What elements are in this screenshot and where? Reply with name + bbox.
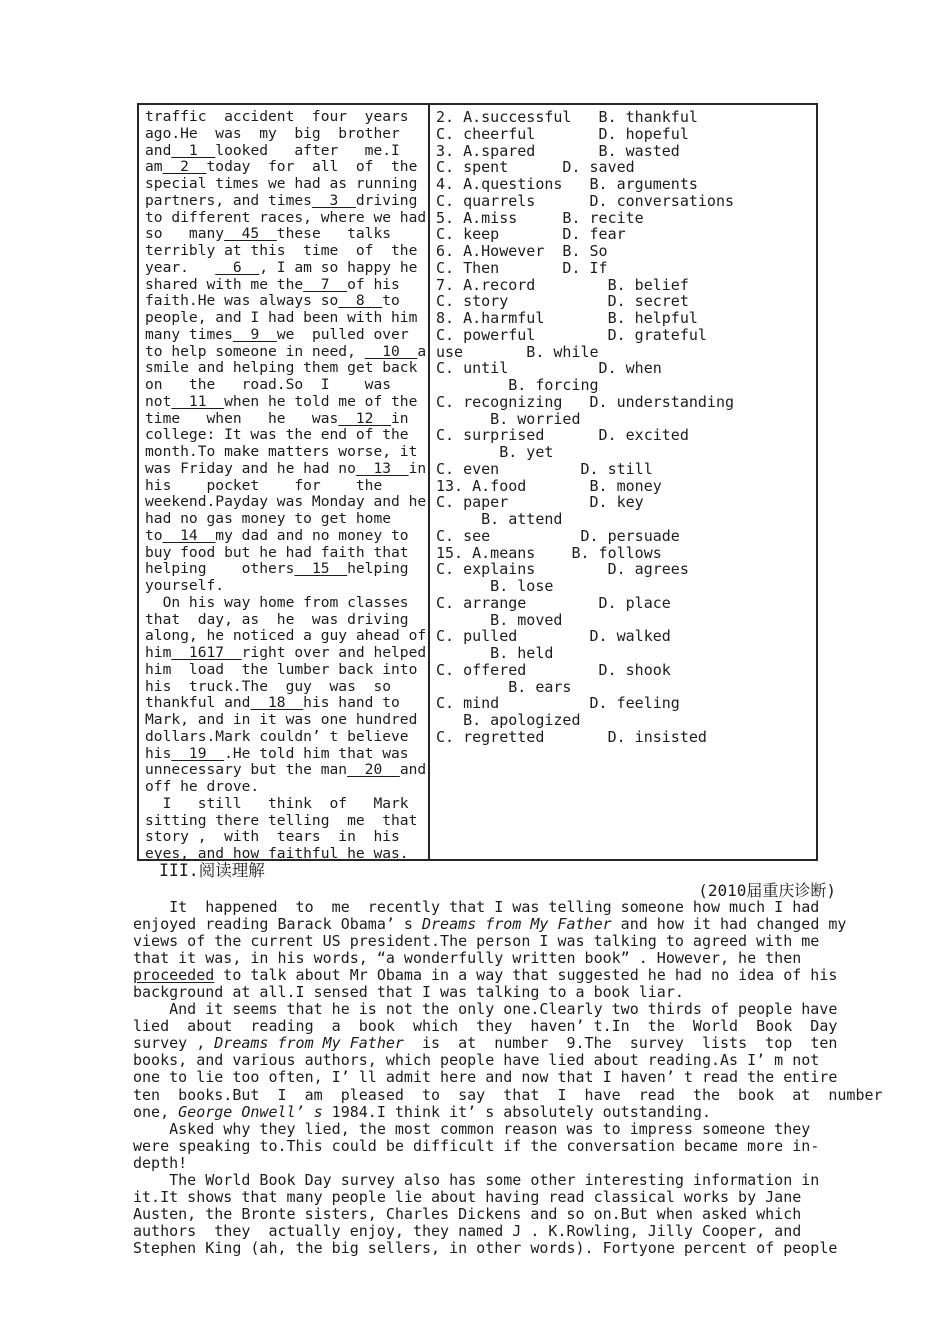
text-segment: survey , xyxy=(133,1034,214,1052)
text-segment: And it seems that he is not the only one… xyxy=(133,1000,837,1018)
text-line: 2. A.successful B. thankful xyxy=(436,109,816,126)
text-line: traffic accident four years xyxy=(145,109,427,126)
text-line: faith.He was always so 8 to xyxy=(145,293,427,310)
text-segment: Austen, the Bronte sisters, Charles Dick… xyxy=(133,1205,801,1223)
text-line: B. attend xyxy=(436,511,816,528)
underlined-word: proceeded xyxy=(133,966,214,984)
text-line: his 19 .He told him that was xyxy=(145,746,427,763)
text-line: 3. A.spared B. wasted xyxy=(436,143,816,160)
text-line: It happened to me recently that I was te… xyxy=(133,899,845,916)
text-line: to different races, where we had xyxy=(145,210,427,227)
text-line: B. forcing xyxy=(436,377,816,394)
text-line: buy food but he had faith that xyxy=(145,545,427,562)
cloze-blank: 45 xyxy=(224,225,277,242)
text-segment: views of the current US president.The pe… xyxy=(133,932,819,950)
text-line: had no gas money to get home xyxy=(145,511,427,528)
text-line: special times we had as running xyxy=(145,176,427,193)
text-line: Stephen King (ah, the big sellers, in ot… xyxy=(133,1240,845,1257)
text-line: am 2 today for all of the xyxy=(145,159,427,176)
cloze-blank: 14 xyxy=(163,527,216,544)
reading-passage: It happened to me recently that I was te… xyxy=(133,899,845,1257)
text-line: 8. A.harmful B. helpful xyxy=(436,310,816,327)
cloze-passage-cell: traffic accident four yearsago.He was my… xyxy=(139,105,430,859)
text-line: C. spent D. saved xyxy=(436,159,816,176)
text-segment: and how it had changed my xyxy=(612,915,847,933)
text-line: to 14 my dad and no money to xyxy=(145,528,427,545)
text-line: it.It shows that many people lie about h… xyxy=(133,1189,845,1206)
book-title-italic: George Onwell’ s xyxy=(178,1103,323,1121)
text-line: Austen, the Bronte sisters, Charles Dick… xyxy=(133,1206,845,1223)
text-line: unnecessary but the man 20 and xyxy=(145,762,427,779)
book-title-italic: Dreams from My Father xyxy=(214,1034,404,1052)
text-segment: It happened to me recently that I was te… xyxy=(133,898,819,916)
text-line: him load the lumber back into xyxy=(145,662,427,679)
text-line: helping others 15 helping xyxy=(145,561,427,578)
cloze-blank: 10 xyxy=(365,343,418,360)
cloze-blank: 19 xyxy=(171,745,224,762)
text-line: C. mind D. feeling xyxy=(436,695,816,712)
text-line: many times 9 we pulled over xyxy=(145,327,427,344)
text-line: B. ears xyxy=(436,679,816,696)
cloze-blank: 8 xyxy=(338,292,382,309)
text-segment: ten books.But I am pleased to say that I… xyxy=(133,1086,883,1104)
cloze-blank: 11 xyxy=(171,393,224,410)
text-line: one to lie too often, I’ ll admit here a… xyxy=(133,1069,845,1086)
cloze-blank: 12 xyxy=(338,410,391,427)
text-segment: books, and various authors, which people… xyxy=(133,1051,819,1069)
text-line: C. quarrels D. conversations xyxy=(436,193,816,210)
text-line: C. recognizing D. understanding xyxy=(436,394,816,411)
text-segment: that it was, in his words, “a wonderfull… xyxy=(133,949,801,967)
text-line: not 11 when he told me of the xyxy=(145,394,427,411)
text-line: along, he noticed a guy ahead of xyxy=(145,628,427,645)
text-line: to help someone in need, 10 a xyxy=(145,344,427,361)
text-line: C. explains D. agrees xyxy=(436,561,816,578)
text-segment: 1984.I think it’ s absolutely outstandin… xyxy=(323,1103,711,1121)
text-line: And it seems that he is not the only one… xyxy=(133,1001,845,1018)
text-line: C. story D. secret xyxy=(436,293,816,310)
text-line: C. paper D. key xyxy=(436,494,816,511)
text-line: eyes, and how faithful he was. xyxy=(145,846,427,859)
text-line: year. 6 , I am so happy he xyxy=(145,260,427,277)
text-segment: one to lie too often, I’ ll admit here a… xyxy=(133,1068,837,1086)
cloze-options-cell: 2. A.successful B. thankfulC. cheerful D… xyxy=(430,105,816,859)
text-line: month.To make matters worse, it xyxy=(145,444,427,461)
text-line: on the road.So I was xyxy=(145,377,427,394)
cloze-blank: 15 xyxy=(294,560,347,577)
text-line: off he drove. xyxy=(145,779,427,796)
text-segment: background at all.I sensed that I was ta… xyxy=(133,983,684,1001)
reading-section-heading: III.阅读理解 xyxy=(159,861,265,881)
text-line: were speaking to.This could be difficult… xyxy=(133,1138,845,1155)
text-line: lied about reading a book which they hav… xyxy=(133,1018,845,1035)
text-segment: is at number 9.The survey lists top ten xyxy=(404,1034,837,1052)
text-line: weekend.Payday was Monday and he xyxy=(145,494,427,511)
text-line: C. arrange D. place xyxy=(436,595,816,612)
cloze-blank: 13 xyxy=(356,460,409,477)
text-line: 4. A.questions B. arguments xyxy=(436,176,816,193)
text-segment: one, xyxy=(133,1103,178,1121)
text-line: survey , Dreams from My Father is at num… xyxy=(133,1035,845,1052)
text-line: story , with tears in his xyxy=(145,829,427,846)
cloze-blank: 1617 xyxy=(171,644,241,661)
text-line: 6. A.However B. So xyxy=(436,243,816,260)
text-segment: Stephen King (ah, the big sellers, in ot… xyxy=(133,1239,837,1257)
cloze-blank: 7 xyxy=(303,276,347,293)
text-line: B. worried xyxy=(436,411,816,428)
cloze-blank: 6 xyxy=(215,259,259,276)
text-line: B. lose xyxy=(436,578,816,595)
text-segment: to talk about Mr Obama in a way that sug… xyxy=(214,966,837,984)
text-line: that day, as he was driving xyxy=(145,612,427,629)
text-line: depth! xyxy=(133,1155,845,1172)
text-line: so many 45 these talks xyxy=(145,226,427,243)
text-line: sitting there telling me that xyxy=(145,813,427,830)
text-line: proceeded to talk about Mr Obama in a wa… xyxy=(133,967,845,984)
text-line: thankful and 18 his hand to xyxy=(145,695,427,712)
text-line: 5. A.miss B. recite xyxy=(436,210,816,227)
text-line: C. keep D. fear xyxy=(436,226,816,243)
text-line: 7. A.record B. belief xyxy=(436,277,816,294)
text-line: 13. A.food B. money xyxy=(436,478,816,495)
text-line: enjoyed reading Barack Obama’ s Dreams f… xyxy=(133,916,845,933)
cloze-blank: 3 xyxy=(312,192,356,209)
text-line: 15. A.means B. follows xyxy=(436,545,816,562)
text-line: C. powerful D. grateful xyxy=(436,327,816,344)
book-title-italic: Dreams from My Father xyxy=(422,915,612,933)
text-line: B. apologized xyxy=(436,712,816,729)
text-line: was Friday and he had no 13 in xyxy=(145,461,427,478)
text-line: I still think of Mark xyxy=(145,796,427,813)
text-line: B. yet xyxy=(436,444,816,461)
text-line: C. regretted D. insisted xyxy=(436,729,816,746)
text-line: background at all.I sensed that I was ta… xyxy=(133,984,845,1001)
text-line: C. Then D. If xyxy=(436,260,816,277)
text-segment: it.It shows that many people lie about h… xyxy=(133,1188,801,1206)
text-line: authors they actually enjoy, they named … xyxy=(133,1223,845,1240)
text-line: his pocket for the xyxy=(145,478,427,495)
text-line: him 1617 right over and helped xyxy=(145,645,427,662)
text-line: dollars.Mark couldn’ t believe xyxy=(145,729,427,746)
text-segment: Asked why they lied, the most common rea… xyxy=(133,1120,810,1138)
text-segment: enjoyed reading Barack Obama’ s xyxy=(133,915,422,933)
text-line: C. pulled D. walked xyxy=(436,628,816,645)
exam-page: traffic accident four yearsago.He was my… xyxy=(0,0,950,1344)
text-line: B. moved xyxy=(436,612,816,629)
cloze-blank: 20 xyxy=(347,761,400,778)
text-line: The World Book Day survey also has some … xyxy=(133,1172,845,1189)
text-line: C. until D. when xyxy=(436,360,816,377)
text-line: his truck.The guy was so xyxy=(145,679,427,696)
text-segment: depth! xyxy=(133,1154,187,1172)
text-line: Mark, and in it was one hundred xyxy=(145,712,427,729)
cloze-blank: 2 xyxy=(163,158,207,175)
cloze-table: traffic accident four yearsago.He was my… xyxy=(137,103,818,861)
text-line: yourself. xyxy=(145,578,427,595)
text-line: B. held xyxy=(436,645,816,662)
text-line: C. surprised D. excited xyxy=(436,427,816,444)
text-line: C. see D. persuade xyxy=(436,528,816,545)
cloze-blank: 9 xyxy=(233,326,277,343)
text-line: On his way home from classes xyxy=(145,595,427,612)
text-line: C. cheerful D. hopeful xyxy=(436,126,816,143)
text-segment: The World Book Day survey also has some … xyxy=(133,1171,819,1189)
text-line: smile and helping them get back xyxy=(145,360,427,377)
text-line: ago.He was my big brother xyxy=(145,126,427,143)
text-line: C. even D. still xyxy=(436,461,816,478)
text-line: use B. while xyxy=(436,344,816,361)
text-line: books, and various authors, which people… xyxy=(133,1052,845,1069)
text-line: views of the current US president.The pe… xyxy=(133,933,845,950)
text-line: partners, and times 3 driving xyxy=(145,193,427,210)
text-line: and 1 looked after me.I xyxy=(145,143,427,160)
text-line: that it was, in his words, “a wonderfull… xyxy=(133,950,845,967)
text-line: college: It was the end of the xyxy=(145,427,427,444)
text-line: C. offered D. shook xyxy=(436,662,816,679)
text-line: terribly at this time of the xyxy=(145,243,427,260)
text-line: ten books.But I am pleased to say that I… xyxy=(133,1087,845,1104)
cloze-blank: 1 xyxy=(171,142,215,159)
text-line: shared with me the 7 of his xyxy=(145,277,427,294)
text-segment: were speaking to.This could be difficult… xyxy=(133,1137,819,1155)
text-line: time when he was 12 in xyxy=(145,411,427,428)
text-line: Asked why they lied, the most common rea… xyxy=(133,1121,845,1138)
text-segment: lied about reading a book which they hav… xyxy=(133,1017,837,1035)
text-segment: authors they actually enjoy, they named … xyxy=(133,1222,801,1240)
text-line: one, George Onwell’ s 1984.I think it’ s… xyxy=(133,1104,845,1121)
text-line: people, and I had been with him xyxy=(145,310,427,327)
cloze-blank: 18 xyxy=(250,694,303,711)
